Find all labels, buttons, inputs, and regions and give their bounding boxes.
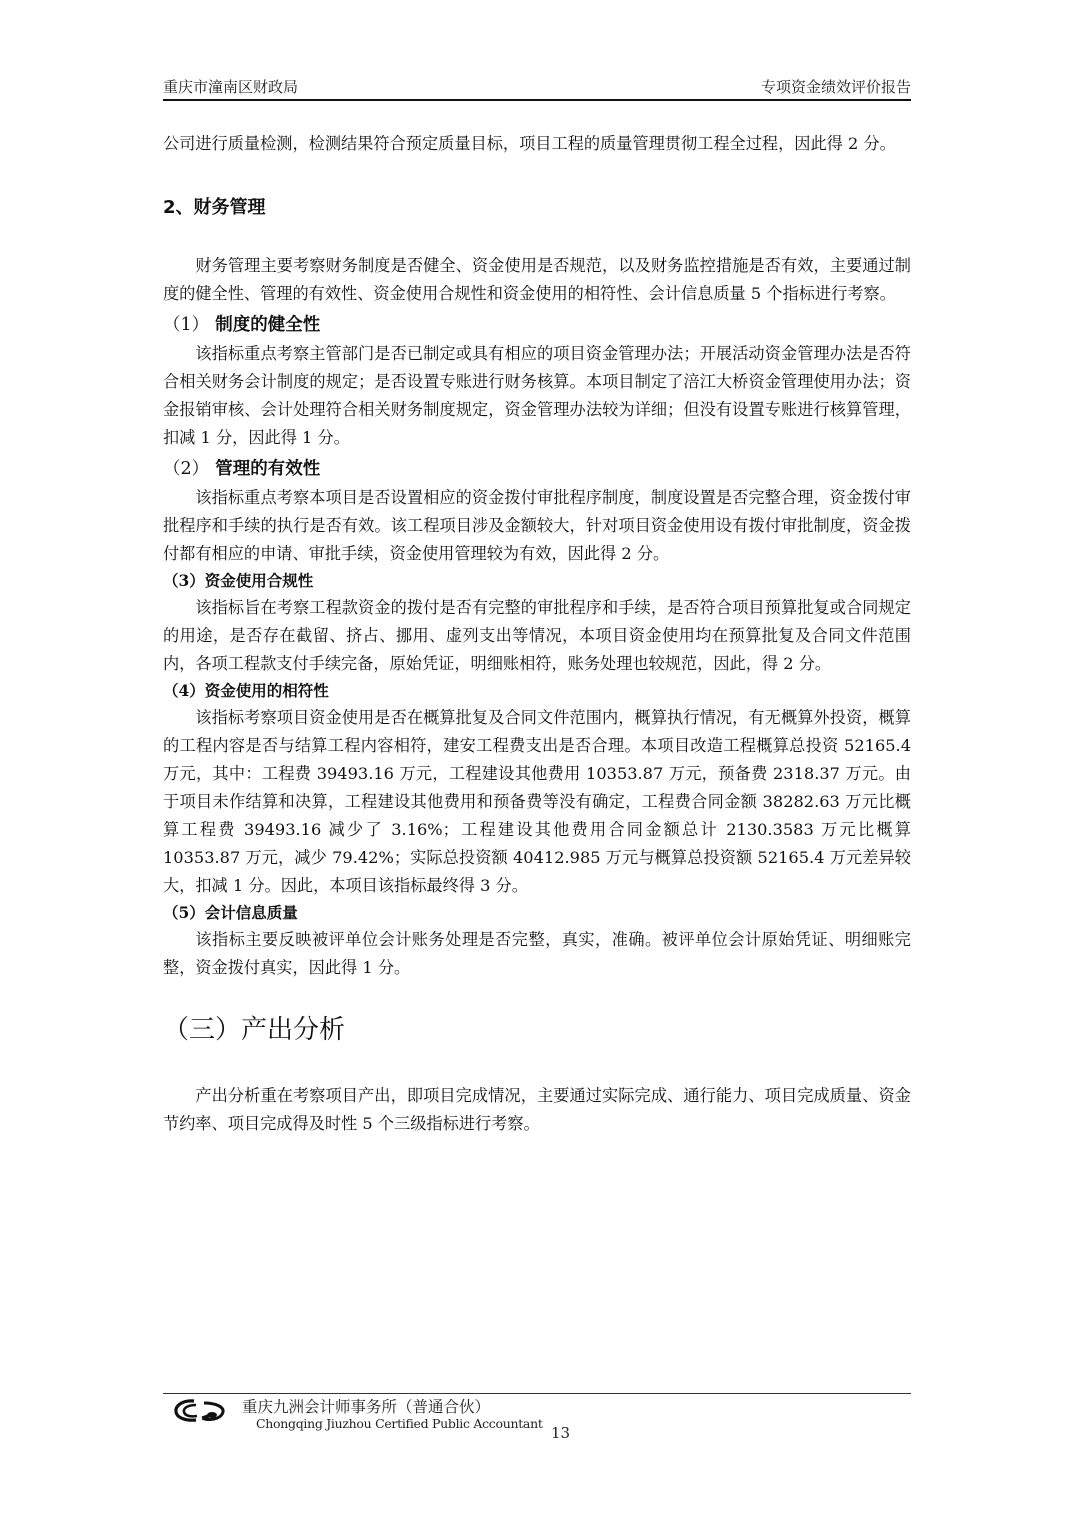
header-rule	[163, 99, 911, 101]
item-3-paragraph: 该指标旨在考察工程款资金的拨付是否有完整的审批程序和手续，是否符合项目预算批复或…	[163, 594, 911, 678]
item-4-title: 资金使用的相符性	[205, 682, 329, 700]
item-1-paragraph: 该指标重点考察主管部门是否已制定或具有相应的项目资金管理办法；开展活动资金管理办…	[163, 340, 911, 452]
item-2-heading: （2） 管理的有效性	[163, 454, 911, 484]
item-4-heading: （4）资金使用的相符性	[163, 678, 911, 704]
jiuzhou-logo-icon	[172, 1398, 228, 1424]
item-3-number: （3）	[163, 571, 205, 590]
footer-rule	[163, 1393, 911, 1394]
footer-firm-cn: 重庆九洲会计师事务所（普通合伙）	[242, 1395, 490, 1417]
item-1-heading: （1） 制度的健全性	[163, 310, 911, 340]
item-2-number: （2）	[163, 459, 209, 479]
item-5-heading: （5）会计信息质量	[163, 900, 911, 926]
item-3-heading: （3）资金使用合规性	[163, 568, 911, 594]
item-2-title: 管理的有效性	[215, 459, 320, 479]
page-header: 重庆市潼南区财政局 专项资金绩效评价报告	[163, 76, 911, 98]
intro-paragraph: 公司进行质量检测，检测结果符合预定质量目标，项目工程的质量管理贯彻工程全过程，因…	[163, 130, 911, 158]
document-page: 重庆市潼南区财政局 专项资金绩效评价报告 公司进行质量检测，检测结果符合预定质量…	[0, 0, 1074, 1520]
section-output-title: （三）产出分析	[163, 1010, 911, 1050]
item-4-number: （4）	[163, 681, 205, 700]
section-financial-paragraph: 财务管理主要考察财务制度是否健全、资金使用是否规范，以及财务监控措施是否有效，主…	[163, 252, 911, 308]
item-3-title: 资金使用合规性	[205, 572, 314, 590]
item-4-paragraph: 该指标考察项目资金使用是否在概算批复及合同文件范围内，概算执行情况，有无概算外投…	[163, 704, 911, 900]
section-output-paragraph: 产出分析重在考察项目产出，即项目完成情况，主要通过实际完成、通行能力、项目完成质…	[163, 1082, 911, 1138]
footer-firm-en: Chongqing Jiuzhou Certified Public Accou…	[256, 1416, 543, 1431]
item-5-title: 会计信息质量	[205, 904, 298, 922]
item-5-paragraph: 该指标主要反映被评单位会计账务处理是否完整，真实，准确。被评单位会计原始凭证、明…	[163, 926, 911, 982]
item-2-paragraph: 该指标重点考察本项目是否设置相应的资金拨付审批程序制度，制度设置是否完整合理，资…	[163, 484, 911, 568]
page-number: 13	[551, 1424, 570, 1442]
header-right: 专项资金绩效评价报告	[761, 76, 911, 97]
item-1-number: （1）	[163, 315, 209, 335]
page-body: 公司进行质量检测，检测结果符合预定质量目标，项目工程的质量管理贯彻工程全过程，因…	[163, 130, 911, 1138]
item-5-number: （5）	[163, 903, 205, 922]
section-financial-title: 2、财务管理	[163, 194, 911, 222]
item-1-title: 制度的健全性	[215, 315, 320, 335]
header-left: 重庆市潼南区财政局	[163, 76, 298, 97]
